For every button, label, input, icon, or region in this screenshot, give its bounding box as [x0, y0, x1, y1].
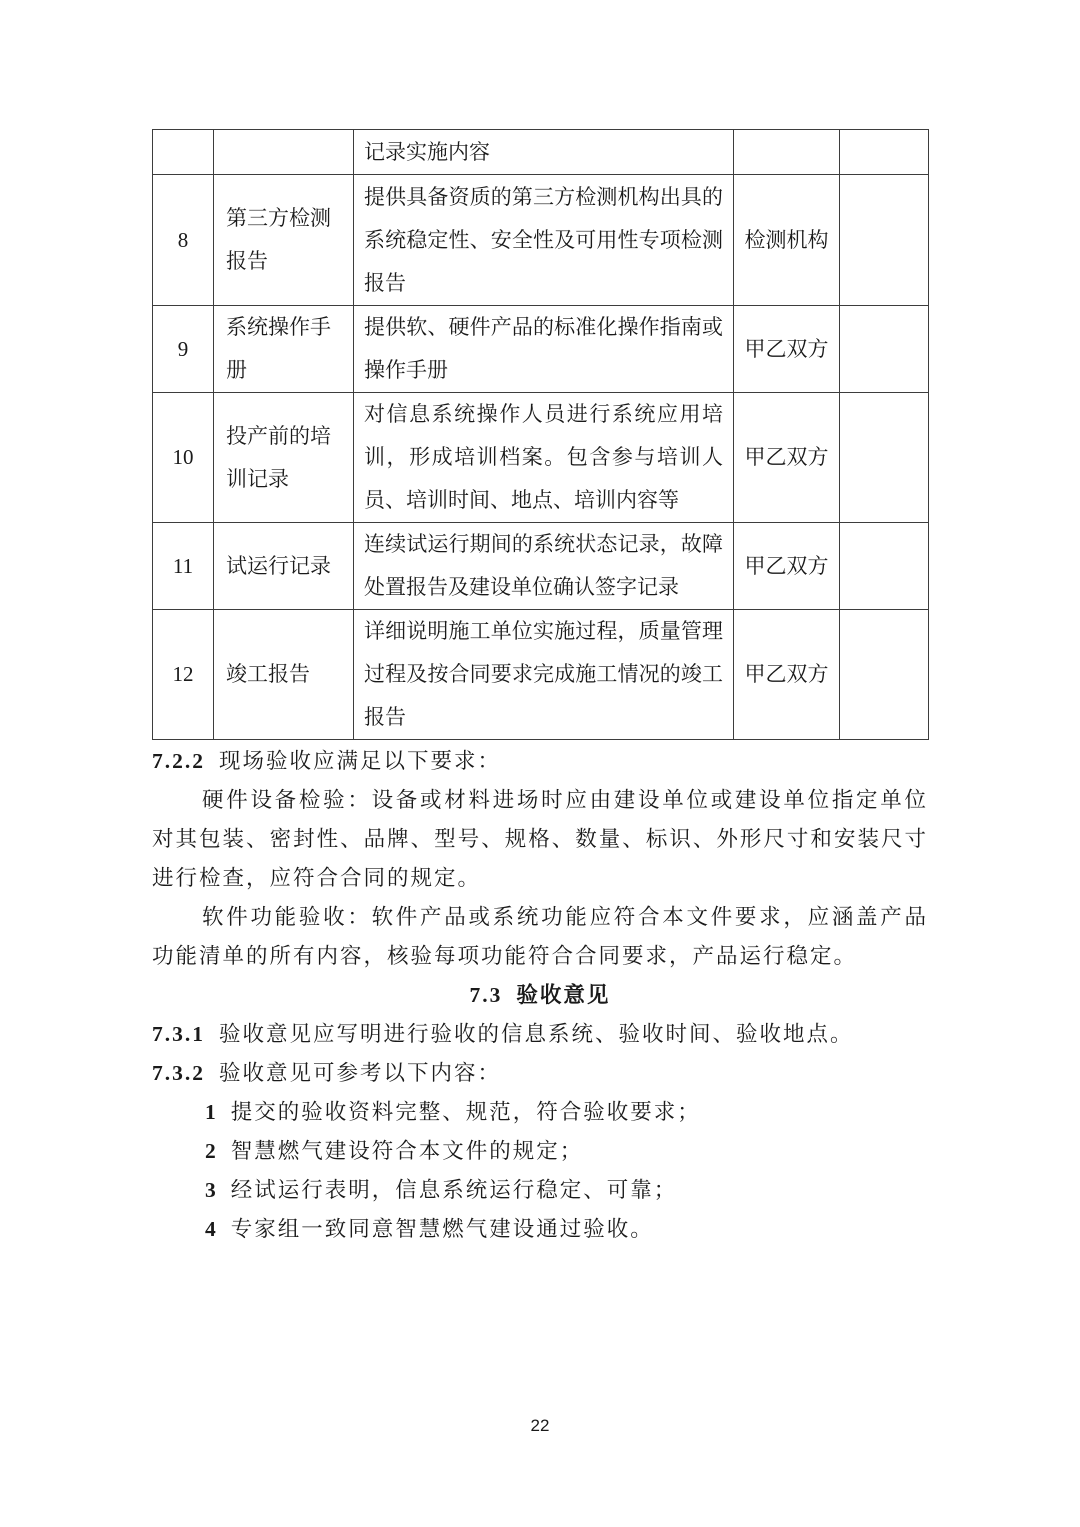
- responsible-cell: 甲乙双方: [734, 610, 840, 740]
- table-row: 9 系统操作手册 提供软、硬件产品的标准化操作指南或操作手册 甲乙双方: [153, 306, 929, 393]
- paragraph-hardware-inspection: 硬件设备检验：设备或材料进场时应由建设单位或建设单位指定单位对其包装、密封性、品…: [152, 781, 928, 898]
- item-text: 提交的验收资料完整、规范，符合验收要求；: [231, 1100, 701, 1124]
- item-text: 智慧燃气建设符合本文件的规定；: [231, 1139, 584, 1163]
- section-number: 7.3.1: [152, 1022, 205, 1046]
- responsible-cell: [734, 130, 840, 175]
- doc-desc-cell: 提供具备资质的第三方检测机构出具的系统稳定性、安全性及可用性专项检测报告: [354, 175, 734, 306]
- section-number: 7.2.2: [152, 749, 205, 773]
- table-row: 记录实施内容: [153, 130, 929, 175]
- list-item-1: 1提交的验收资料完整、规范，符合验收要求；: [152, 1093, 928, 1132]
- row-number-cell: 11: [153, 523, 214, 610]
- document-page: 记录实施内容 8 第三方检测报告 提供具备资质的第三方检测机构出具的系统稳定性、…: [0, 0, 1080, 1527]
- paragraph-software-acceptance: 软件功能验收：软件产品或系统功能应符合本文件要求，应涵盖产品功能清单的所有内容，…: [152, 898, 928, 976]
- item-text: 经试运行表明，信息系统运行稳定、可靠；: [231, 1178, 678, 1202]
- item-text: 专家组一致同意智慧燃气建设通过验收。: [231, 1217, 654, 1241]
- document-body-text: 7.2.2现场验收应满足以下要求： 硬件设备检验：设备或材料进场时应由建设单位或…: [152, 742, 928, 1249]
- table-row: 10 投产前的培训记录 对信息系统操作人员进行系统应用培训，形成培训档案。包含参…: [153, 393, 929, 523]
- table-row: 12 竣工报告 详细说明施工单位实施过程，质量管理过程及按合同要求完成施工情况的…: [153, 610, 929, 740]
- remark-cell: [840, 523, 929, 610]
- acceptance-documents-table: 记录实施内容 8 第三方检测报告 提供具备资质的第三方检测机构出具的系统稳定性、…: [152, 129, 929, 740]
- remark-cell: [840, 306, 929, 393]
- item-number: 4: [205, 1217, 218, 1241]
- item-number: 1: [205, 1100, 218, 1124]
- doc-desc-cell: 对信息系统操作人员进行系统应用培训，形成培训档案。包含参与培训人员、培训时间、地…: [354, 393, 734, 523]
- responsible-cell: 甲乙双方: [734, 306, 840, 393]
- remark-cell: [840, 393, 929, 523]
- section-7-2-2: 7.2.2现场验收应满足以下要求：: [152, 742, 928, 781]
- doc-desc-cell: 详细说明施工单位实施过程，质量管理过程及按合同要求完成施工情况的竣工报告: [354, 610, 734, 740]
- doc-desc-cell: 记录实施内容: [354, 130, 734, 175]
- row-number-cell: 9: [153, 306, 214, 393]
- remark-cell: [840, 610, 929, 740]
- doc-name-cell: 第三方检测报告: [214, 175, 354, 306]
- doc-name-cell: 系统操作手册: [214, 306, 354, 393]
- row-number-cell: 10: [153, 393, 214, 523]
- responsible-cell: 甲乙双方: [734, 523, 840, 610]
- remark-cell: [840, 130, 929, 175]
- item-number: 2: [205, 1139, 218, 1163]
- page-number: 22: [152, 1416, 928, 1436]
- document-content: 记录实施内容 8 第三方检测报告 提供具备资质的第三方检测机构出具的系统稳定性、…: [152, 129, 928, 1249]
- section-text: 现场验收应满足以下要求：: [219, 749, 501, 773]
- doc-desc-cell: 连续试运行期间的系统状态记录，故障处置报告及建设单位确认签字记录: [354, 523, 734, 610]
- table-row: 11 试运行记录 连续试运行期间的系统状态记录，故障处置报告及建设单位确认签字记…: [153, 523, 929, 610]
- doc-desc-cell: 提供软、硬件产品的标准化操作指南或操作手册: [354, 306, 734, 393]
- list-item-2: 2智慧燃气建设符合本文件的规定；: [152, 1132, 928, 1171]
- item-number: 3: [205, 1178, 218, 1202]
- responsible-cell: 检测机构: [734, 175, 840, 306]
- table-row: 8 第三方检测报告 提供具备资质的第三方检测机构出具的系统稳定性、安全性及可用性…: [153, 175, 929, 306]
- doc-name-cell: 投产前的培训记录: [214, 393, 354, 523]
- heading-7-3: 7.3验收意见: [152, 976, 928, 1015]
- section-7-3-1: 7.3.1验收意见应写明进行验收的信息系统、验收时间、验收地点。: [152, 1015, 928, 1054]
- row-number-cell: 8: [153, 175, 214, 306]
- doc-name-cell: [214, 130, 354, 175]
- responsible-cell: 甲乙双方: [734, 393, 840, 523]
- row-number-cell: [153, 130, 214, 175]
- heading-title: 验收意见: [516, 983, 610, 1007]
- heading-number: 7.3: [470, 983, 503, 1007]
- list-item-3: 3经试运行表明，信息系统运行稳定、可靠；: [152, 1171, 928, 1210]
- remark-cell: [840, 175, 929, 306]
- doc-name-cell: 竣工报告: [214, 610, 354, 740]
- list-item-4: 4专家组一致同意智慧燃气建设通过验收。: [152, 1210, 928, 1249]
- doc-name-cell: 试运行记录: [214, 523, 354, 610]
- section-7-3-2: 7.3.2验收意见可参考以下内容：: [152, 1054, 928, 1093]
- section-text: 验收意见应写明进行验收的信息系统、验收时间、验收地点。: [219, 1022, 854, 1046]
- row-number-cell: 12: [153, 610, 214, 740]
- section-text: 验收意见可参考以下内容：: [219, 1061, 501, 1085]
- section-number: 7.3.2: [152, 1061, 205, 1085]
